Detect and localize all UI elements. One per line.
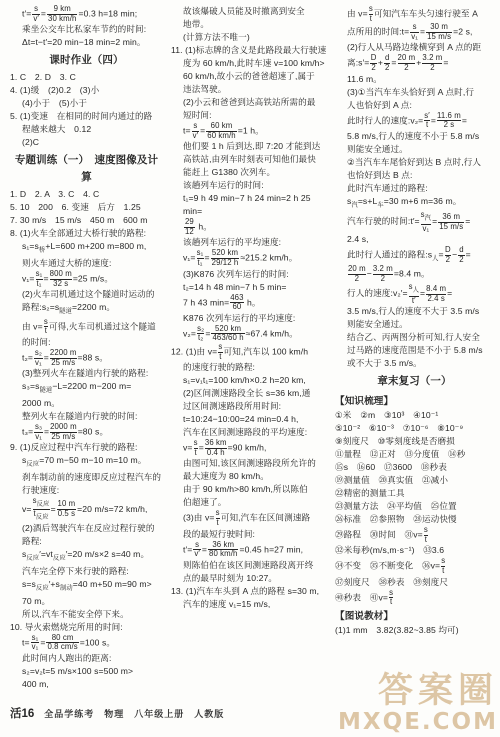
text-line: 此时间内人跑出的距离: xyxy=(10,652,163,665)
fraction: 9 km30 km/h xyxy=(47,5,77,23)
fraction: s₁t₁ xyxy=(36,270,43,288)
text-line: 3.5 m/s,行人的速度不大于 3.5 m/s xyxy=(335,305,494,318)
text-line: s反应=70 m−50 m−10 m=10 m。 xyxy=(10,454,163,471)
text-line: 13. (1)汽车车头到 A 点的路程 s=30 m, xyxy=(171,585,327,598)
fraction: 8.4 m2.4 s xyxy=(426,285,446,303)
text-line: (计算方法不唯一) xyxy=(171,31,327,44)
text-line: 故该爆破人员能及时撤离到安全 xyxy=(171,5,327,18)
text-line: 也恰好到达 B 点: xyxy=(335,169,494,182)
fraction: sv′ xyxy=(192,122,200,140)
text-line: 刹车制动前的速度即反应过程汽车的 xyxy=(10,471,163,484)
text-line: (1)1 mm 3.82(3.82~3.85 均可) xyxy=(335,624,494,637)
text-line: Δt=t−t′=20 min−18 min=2 min。 xyxy=(10,36,163,49)
text-line: 11. (1)标志牌的含义是此路段最大行驶速 xyxy=(171,44,327,57)
text-line: 由 v=st可知汽车车头匀速行驶至 A xyxy=(335,5,494,23)
text-line: (2)火车司机通过这个隧道时运动的 xyxy=(10,288,163,301)
fraction: 46360 xyxy=(230,294,243,312)
text-line: 5. (1)变速 在相同的时间内通过的路 xyxy=(10,110,163,123)
text-line: 该趟列车运行的平均速度: xyxy=(171,236,327,249)
text-line: 违法驾驶。 xyxy=(171,83,327,96)
fraction: 2912 xyxy=(184,218,195,236)
text-line: 乘坐公交车比私家车节约的时间: xyxy=(10,23,163,36)
text-line: 此时行人的速度:v₂=s′t=11.6 m2 s= xyxy=(335,112,494,130)
fraction: 36 km80 km/h xyxy=(208,541,238,559)
text-line: 过马路的速度范围是不小于 5.8 m/s xyxy=(335,344,494,357)
text-line: t′=sv′=9 km30 km/h=0.3 h=18 min; xyxy=(10,5,163,23)
text-line: ㊵秒表 ㊶v=st xyxy=(335,589,494,607)
text-line: ⑤10⁻² ⑥10⁻³ ⑦10⁻⁶ ⑧10⁻⁹ xyxy=(335,422,494,435)
text-line: ⑲测量值 ⑳真实值 ㉑减小 xyxy=(335,474,494,487)
text-line: 路程:s₂=s隧道=2200 m。 xyxy=(10,301,163,318)
footer-book-title: 全品学练考 物理 八年级上册 人教版 xyxy=(44,707,224,720)
fraction: 3.2 m2 xyxy=(373,265,393,283)
text-line: 地带。 xyxy=(171,18,327,31)
text-line: 则火车通过大桥的速度: xyxy=(10,257,163,270)
text-line: (3)整列火车在隧道内行驶的路程: xyxy=(10,367,163,380)
fraction: s₁t₁ xyxy=(197,249,204,267)
text-line: 12. (1)由 v=st可知,汽车以 100 km/h xyxy=(171,343,327,361)
fraction: st xyxy=(424,526,428,544)
fraction: 10 m0.5 s xyxy=(57,500,76,518)
text-line: 或不大于 3.5 m/s。 xyxy=(335,357,494,370)
text-line: 400 m, xyxy=(10,678,163,691)
text-line: 汽车完全停下来行驶的路程: xyxy=(10,565,163,578)
fraction: s汽v₁ xyxy=(421,211,431,233)
text-line: 则陈伯伯在该区间测速路段离开终 xyxy=(171,559,327,572)
text-line: (3)K876 次列车运行的时间: xyxy=(171,268,327,281)
fraction: 2000 m25 m/s xyxy=(50,423,77,441)
text-line: 能赶上 G1380 次列车。 xyxy=(171,166,327,179)
text-line: 由 v=st可得,火车司机通过这个隧道 xyxy=(10,318,163,336)
text-line: ⑮s ⑯60 ⑰3600 ⑱秒表 xyxy=(335,461,494,474)
text-line: t₁=9 h 49 min−7 h 24 min=2 h 25 min= xyxy=(171,192,327,218)
text-line: ①米 ②m ③10³ ④10⁻¹ xyxy=(335,409,494,422)
fraction: 520 km29/12 h xyxy=(211,249,240,267)
text-line: ②当汽车车尾恰好到达 B 点时,行人 xyxy=(335,156,494,169)
text-line: 离:s′=D2+d2=20 m2+3.2 m2= xyxy=(335,54,494,72)
text-line: 7 h 43 min=46360 h。 xyxy=(171,294,327,312)
fraction: 3.2 m2 xyxy=(422,54,442,72)
fraction: s₂t₂ xyxy=(197,325,204,343)
text-line: s汽=s+L车=30 m+6 m=36 m。 xyxy=(335,195,494,212)
text-line: 70 m。 xyxy=(10,595,163,608)
text-line: t=sv′=60 km60 km/h=1 h。 xyxy=(171,122,327,140)
text-line: 程越来越大 0.12 xyxy=(10,123,163,136)
text-line: 结合乙、丙两图分析可知,行人安全 xyxy=(335,331,494,344)
text-line: 行驶速度: xyxy=(10,484,163,497)
fraction: s反应t反应 xyxy=(33,497,50,522)
text-line: ㉖标准 ㉗参照物 ㉘运动快慢 xyxy=(335,513,494,526)
text-line: 8. (1)火车全部通过大桥行驶的路程: xyxy=(10,227,163,240)
text-line: 该趟列车运行的时间: xyxy=(171,179,327,192)
text-line: 点所用的时间:t=sv₁=30 m15 m/s=2 s, xyxy=(335,23,494,41)
text-line: 伯超速了。 xyxy=(171,496,327,509)
page-number: 活16 xyxy=(10,705,34,721)
fraction: sv₁ xyxy=(410,23,419,41)
text-line: s=s反应′+s制动=40 m+50 m=90 m> xyxy=(10,578,163,595)
text-line: 60 km/h,故小云的爸爸超速了,属于 xyxy=(171,70,327,83)
text-line: 7. 30 m/s 15 m/s 450 m 600 m xyxy=(10,214,163,227)
text-line: 11.6 m。 xyxy=(335,73,494,86)
fraction: s₃v₁ xyxy=(34,423,43,441)
text-line: ⑪量程 ⑫正对 ⑬分度值 ⑭秒 xyxy=(335,448,494,461)
text-line: 则能安全通过。 xyxy=(335,143,494,156)
fraction: st xyxy=(216,509,220,527)
subsection-heading: 【图说教材】 xyxy=(335,607,494,624)
text-line: 9. (1)反应过程中汽车行驶的路程: xyxy=(10,441,163,454)
text-line: 行人的速度:v₂′=s人t′=8.4 m2.4 s= xyxy=(335,283,494,305)
section-heading: 专题训练（一） 速度图像及计算 xyxy=(10,149,163,188)
text-line: v=s反应t反应=10 m0.5 s=20 m/s=72 km/h, xyxy=(10,497,163,522)
text-line: s₃=s隧道−L=2200 m−200 m= xyxy=(10,380,163,397)
text-line: 由于 90 km/h>80 km/h,所以陈伯 xyxy=(171,483,327,496)
text-line: 1. D 2. A 3. C 4. C xyxy=(10,188,163,201)
text-line: 5. 10 200 6. 变速 后方 1.25 xyxy=(10,201,163,214)
text-line: ㉓测量方法 ㉔平均值 ㉕位置 xyxy=(335,500,494,513)
text-line: t=10:24−10:00=24 min=0.4 h, xyxy=(171,413,327,426)
text-line: 的时间: xyxy=(10,336,163,349)
fraction: 20 m2 xyxy=(348,265,366,283)
fraction: d2 xyxy=(384,54,390,72)
text-line: 20 m2−3.2 m2=8.4 m。 xyxy=(335,265,494,283)
fraction: st xyxy=(369,5,373,23)
fraction: 20 m2 xyxy=(398,54,416,72)
fraction: s₂v₁ xyxy=(34,349,43,367)
text-line: t′=sv′=36 km80 km/h=0.45 h=27 min, xyxy=(171,541,327,559)
text-line: 此时汽车通过的路程: xyxy=(335,182,494,195)
text-line: (3)由 v=st可知,汽车在区间测速路 xyxy=(171,509,327,527)
text-line: (2)C xyxy=(10,136,163,149)
answer-column-left: t′=sv′=9 km30 km/h=0.3 h=18 min;乘坐公交车比私家… xyxy=(10,5,163,691)
text-line: 5.8 m/s,行人的速度不小于 5.8 m/s xyxy=(335,130,494,143)
page-footer: 活16 全品学练考 物理 八年级上册 人教版 xyxy=(10,705,224,721)
text-line: 10. 导火索燃烧完所用的时间: xyxy=(10,621,163,634)
text-line: K876 次列车运行的平均速度: xyxy=(171,312,327,325)
watermark: 答案圈 MXQE.COM xyxy=(338,673,498,735)
text-line: 的速度行驶的路程: xyxy=(171,361,327,374)
text-line: ㉒精密的测量工具 xyxy=(335,487,494,500)
text-line: ㊲刻度尺 ㊳秒表 ㊴刻度尺 xyxy=(335,576,494,589)
fraction: st xyxy=(218,343,222,361)
text-line: 路程: xyxy=(10,535,163,548)
text-line: s₂=v₂t=5 m/s×100 s=500 m> xyxy=(10,665,163,678)
text-line: 段的最短行驶时间: xyxy=(171,528,327,541)
fraction: d2 xyxy=(458,246,464,264)
text-line: 最大速度为 80 km/h。 xyxy=(171,470,327,483)
fraction: sv′ xyxy=(32,5,40,23)
text-line: 汽车的速度 v₁=15 m/s, xyxy=(171,598,327,611)
fraction: s′t xyxy=(424,112,430,130)
answer-column-right: 由 v=st可知汽车车头匀速行驶至 A点所用的时间:t=sv₁=30 m15 m… xyxy=(335,5,494,637)
fraction: 30 m15 m/s xyxy=(426,23,452,41)
text-line: t=s₁v₁=80 cm0.8 cm/s=100 s。 xyxy=(10,634,163,652)
fraction: st xyxy=(441,557,445,575)
answer-column-middle: 故该爆破人员能及时撤离到安全地带。(计算方法不唯一)11. (1)标志牌的含义是… xyxy=(171,5,327,611)
fraction: D2 xyxy=(445,246,451,264)
text-line: 4. (1)缓 (2)0.2 (3)小 xyxy=(10,84,163,97)
text-line: 则能安全通过。 xyxy=(335,318,494,331)
text-line: 他们要 1 h 后到达,即 7:20 才能到达 xyxy=(171,140,327,153)
fraction: D2 xyxy=(370,54,376,72)
section-heading: 章末复习（一） xyxy=(335,370,494,392)
text-line: 度为 60 km/h,此时车速 v=100 km/h> xyxy=(171,57,327,70)
fraction: s₁v₁ xyxy=(31,634,40,652)
fraction: s人t′ xyxy=(409,283,419,305)
text-line: (4)小于 (5)小于 xyxy=(10,97,163,110)
text-line: (2)小云和爸爸到达高铁站所需的最 xyxy=(171,96,327,109)
text-line: 所以,汽车不能安全停下来。 xyxy=(10,608,163,621)
text-line: 汽车行驶的时间:t′=s汽v₁=36 m15 m/s= xyxy=(335,211,494,233)
section-heading: 课时作业（四） xyxy=(10,49,163,71)
fraction: 11.6 m2 s xyxy=(437,112,461,130)
watermark-logo-text: 答案圈 xyxy=(338,673,498,709)
text-line: ㉞不变 ㉟不断变化 ㊱v=st xyxy=(335,557,494,575)
text-line: 高铁站,由列车时刻表可知他们最快 xyxy=(171,153,327,166)
text-line: (2)酒后驾驶汽车在反应过程行驶的 xyxy=(10,522,163,535)
text-line: s反应′=vt反应′=20 m/s×2 s=40 m。 xyxy=(10,548,163,565)
text-line: 过区间测速路段所用时间: xyxy=(171,400,327,413)
text-line: 整列火车在隧道内行驶的时间: xyxy=(10,410,163,423)
subsection-heading: 【知识梳理】 xyxy=(335,392,494,409)
text-line: 2000 m。 xyxy=(10,397,163,410)
text-line: v₁=s₁t₁=800 m32 s=25 m/s。 xyxy=(10,270,163,288)
text-line: v₂=s₂t₂=520 km463/60 h≈67.4 km/h。 xyxy=(171,325,327,343)
text-line: v=st=36 km0.4 h=90 km/h, xyxy=(171,439,327,457)
text-line: (2)区间测速路段全长 s=36 km,通 xyxy=(171,387,327,400)
text-line: ㉜米每秒(m/s,m·s⁻¹) ㉝3.6 xyxy=(335,544,494,557)
text-line: 人也恰好到 A 点: xyxy=(335,99,494,112)
text-line: 1. C 2. D 3. C xyxy=(10,71,163,84)
text-line: t₂=14 h 48 min−7 h 5 min= xyxy=(171,281,327,294)
text-line: (3)①当汽车车头恰好到 A 点时,行 xyxy=(335,86,494,99)
fraction: 2200 m25 m/s xyxy=(50,349,77,367)
fraction: 800 m32 s xyxy=(50,270,72,288)
text-line: t₂=s₂v₁=2200 m25 m/s=88 s。 xyxy=(10,349,163,367)
text-line: t₃=s₃v₁=2000 m25 m/s=80 s。 xyxy=(10,423,163,441)
fraction: st xyxy=(194,439,198,457)
text-line: 2.4 s, xyxy=(335,233,494,246)
text-line: ⑨刻度尺 ⑩零刻度线是否磨损 xyxy=(335,435,494,448)
fraction: st xyxy=(389,589,393,607)
text-line: s₁=v₁t₁=100 km/h×0.2 h=20 km, xyxy=(171,374,327,387)
text-line: 2912 h。 xyxy=(171,218,327,236)
fraction: 60 km60 km/h xyxy=(206,122,236,140)
fraction: 520 km463/60 h xyxy=(211,325,244,343)
fraction: st xyxy=(44,318,48,336)
fraction: sv′ xyxy=(193,541,201,559)
fraction: 36 m15 m/s xyxy=(438,213,464,231)
fraction: 36 km0.4 h xyxy=(205,439,227,457)
text-line: 由图可知,该区间测速路段所允许的 xyxy=(171,457,327,470)
text-line: ㉙路程 ㉚时间 ㉛v=st xyxy=(335,526,494,544)
text-line: v₁=s₁t₁=520 km29/12 h≈215.2 km/h。 xyxy=(171,249,327,267)
fraction: 80 cm0.8 cm/s xyxy=(46,634,78,652)
text-line: 此时行人通过的路程:s人=D2−d2= xyxy=(335,246,494,265)
text-line: 点的最早时刻为 10:27。 xyxy=(171,572,327,585)
watermark-site-url: MXQE.COM xyxy=(338,709,498,735)
text-line: s₁=s桥+L=600 m+200 m=800 m, xyxy=(10,240,163,257)
answer-key-page: t′=sv′=9 km30 km/h=0.3 h=18 min;乘坐公交车比私家… xyxy=(0,0,500,737)
